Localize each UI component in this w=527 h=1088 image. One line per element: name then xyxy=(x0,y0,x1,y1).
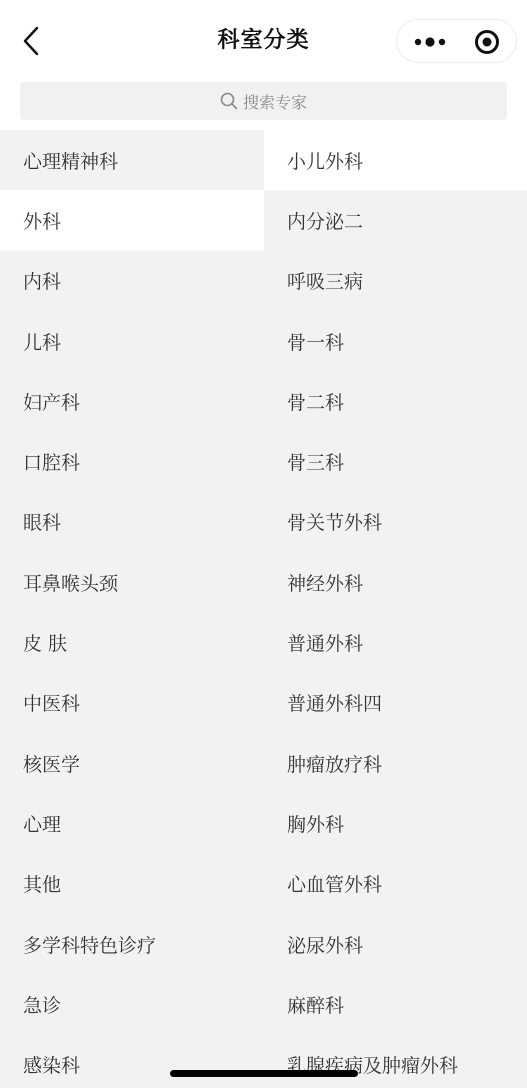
category-item[interactable]: 心理 xyxy=(0,793,264,853)
category-item[interactable]: 其他 xyxy=(0,854,264,914)
subcategory-item[interactable]: 小儿外科 xyxy=(264,130,527,190)
subcategory-item[interactable]: 心血管外科 xyxy=(264,854,527,914)
home-indicator xyxy=(170,1070,358,1077)
navigation-bar: 科室分类 xyxy=(0,0,527,82)
more-dots-icon xyxy=(411,28,449,56)
subcategory-item[interactable]: 骨三科 xyxy=(264,431,527,491)
subcategory-item[interactable]: 普通外科 xyxy=(264,612,527,672)
category-item[interactable]: 外科 xyxy=(0,190,264,250)
subcategory-item[interactable]: 肿瘤放疗科 xyxy=(264,733,527,793)
target-circle-icon xyxy=(473,28,501,56)
category-item[interactable]: 感染科 xyxy=(0,1034,264,1088)
subcategory-item[interactable]: 骨二科 xyxy=(264,371,527,431)
category-item[interactable]: 眼科 xyxy=(0,492,264,552)
subcategory-item[interactable]: 乳腺疾病及肿瘤外科 xyxy=(264,1034,527,1088)
category-item[interactable]: 核医学 xyxy=(0,733,264,793)
category-item[interactable]: 儿科 xyxy=(0,311,264,371)
subcategory-item[interactable]: 神经外科 xyxy=(264,552,527,612)
subcategory-item[interactable]: 呼吸三病 xyxy=(264,251,527,311)
subcategory-item[interactable]: 胸外科 xyxy=(264,793,527,853)
category-item[interactable]: 耳鼻喉头颈 xyxy=(0,552,264,612)
miniprogram-capsule xyxy=(396,19,517,63)
search-placeholder: 搜索专家 xyxy=(243,90,307,113)
category-item[interactable]: 口腔科 xyxy=(0,431,264,491)
category-item[interactable]: 心理精神科 xyxy=(0,130,264,190)
subcategory-item[interactable]: 麻醉科 xyxy=(264,974,527,1034)
close-miniprogram-button[interactable] xyxy=(473,28,501,56)
category-item[interactable]: 急诊 xyxy=(0,974,264,1034)
subcategory-item[interactable]: 普通外科四 xyxy=(264,673,527,733)
search-input[interactable]: 搜索专家 xyxy=(20,82,507,120)
search-icon xyxy=(220,92,238,110)
subcategory-list: 小儿外科内分泌二呼吸三病骨一科骨二科骨三科骨关节外科神经外科普通外科普通外科四肿… xyxy=(264,130,527,1088)
category-item[interactable]: 多学科特色诊疗 xyxy=(0,914,264,974)
category-item[interactable]: 内科 xyxy=(0,251,264,311)
subcategory-item[interactable]: 骨一科 xyxy=(264,311,527,371)
category-item[interactable]: 皮 肤 xyxy=(0,612,264,672)
more-button[interactable] xyxy=(411,28,449,56)
subcategory-item[interactable]: 内分泌二 xyxy=(264,190,527,250)
category-item[interactable]: 妇产科 xyxy=(0,371,264,431)
department-lists: 心理精神科外科内科儿科妇产科口腔科眼科耳鼻喉头颈皮 肤中医科核医学心理其他多学科… xyxy=(0,130,527,1088)
subcategory-item[interactable]: 泌尿外科 xyxy=(264,914,527,974)
category-list: 心理精神科外科内科儿科妇产科口腔科眼科耳鼻喉头颈皮 肤中医科核医学心理其他多学科… xyxy=(0,130,264,1088)
subcategory-item[interactable]: 骨关节外科 xyxy=(264,492,527,552)
category-item[interactable]: 中医科 xyxy=(0,673,264,733)
